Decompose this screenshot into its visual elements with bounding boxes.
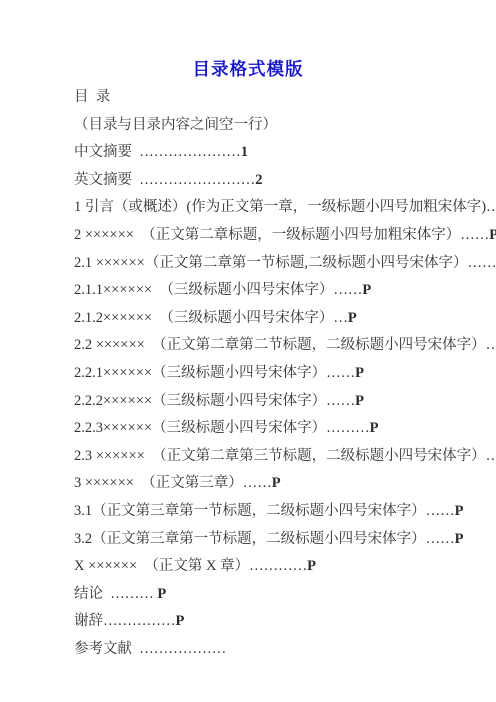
toc-entry-text: 2.2 ×××××× （正文第二章第二节标题，二级标题小四号宋体字）… — [74, 337, 496, 353]
toc-entry: 谢辞……………P — [74, 608, 474, 636]
toc-entry-page: P — [455, 531, 464, 547]
toc-entry: 3 ×××××× （正文第三章）……P — [74, 470, 474, 498]
toc-entry-page: P — [370, 420, 379, 436]
toc-entry-text: 2.3 ×××××× （正文第二章第三节标题，二级标题小四号宋体字）… — [74, 448, 496, 464]
toc-entry-text: 参考文献 ……………… — [74, 641, 226, 657]
toc-entry-text: 2.1 ××××××（正文第二章第一节标题,二级标题小四号宋体字）…… — [74, 255, 496, 271]
toc-entry: 1 引言（或概述）(作为正文第一章，一级标题小四号加粗宋体字)…3 — [74, 194, 474, 222]
toc-entry-text: 2.2.3××××××（三级标题小四号宋体字）……… — [74, 420, 370, 436]
toc-entry: 3.2（正文第三章第一节标题，二级标题小四号宋体字）……P — [74, 526, 474, 554]
toc-entry-page: 1 — [241, 144, 248, 160]
toc-entry: X ×××××× （正文第 X 章）…………P — [74, 553, 474, 581]
toc-entry-text: 谢辞…………… — [74, 613, 176, 629]
toc-entry-text: 2.2.1××××××（三级标题小四号宋体字）…… — [74, 365, 355, 381]
toc-entry: 2 ×××××× （正文第二章标题，一级标题小四号加粗宋体字）……P — [74, 222, 474, 250]
toc-entry-text: 3 ×××××× （正文第三章）…… — [74, 475, 272, 491]
toc-entry-page: P — [272, 475, 281, 491]
toc-content: 目 录 （目录与目录内容之间空一行） 中文摘要 …………………1英文摘要 ………… — [74, 84, 474, 663]
toc-entry-page: P — [307, 558, 316, 574]
toc-entry-page: P — [355, 365, 364, 381]
toc-entry-text: 英文摘要 …………………… — [74, 172, 255, 188]
toc-entry-page: P — [455, 503, 464, 519]
toc-entry-text: 2 ×××××× （正文第二章标题，一级标题小四号加粗宋体字）…… — [74, 227, 489, 243]
toc-heading: 目 录 — [74, 84, 474, 112]
page-title: 目录格式模版 — [0, 57, 496, 81]
toc-entry: 2.1 ××××××（正文第二章第一节标题,二级标题小四号宋体字）……P — [74, 250, 474, 278]
toc-entry-page: P — [176, 613, 185, 629]
toc-entry-text: 2.1.1×××××× （三级标题小四号宋体字）…… — [74, 282, 362, 298]
toc-entry-page: 2 — [255, 172, 262, 188]
toc-entry-text: 2.1.2×××××× （三级标题小四号宋体字）… — [74, 310, 348, 326]
toc-entry-text: 1 引言（或概述）(作为正文第一章，一级标题小四号加粗宋体字)… — [74, 199, 496, 215]
toc-entry-page: P — [348, 310, 357, 326]
toc-entry: 2.2 ×××××× （正文第二章第二节标题，二级标题小四号宋体字）…P — [74, 332, 474, 360]
toc-entry: 2.2.3××××××（三级标题小四号宋体字）………P — [74, 415, 474, 443]
toc-entry-page: P — [362, 282, 371, 298]
toc-entry: 2.2.1××××××（三级标题小四号宋体字）……P — [74, 360, 474, 388]
toc-entry-text: 2.2.2××××××（三级标题小四号宋体字）…… — [74, 393, 355, 409]
toc-entry: 3.1（正文第三章第一节标题，二级标题小四号宋体字）……P — [74, 498, 474, 526]
toc-entry-text: 3.2（正文第三章第一节标题，二级标题小四号宋体字）…… — [74, 531, 455, 547]
toc-list: 中文摘要 …………………1英文摘要 ……………………21 引言（或概述）(作为正… — [74, 139, 474, 663]
toc-note: （目录与目录内容之间空一行） — [74, 112, 474, 140]
toc-entry-text: 中文摘要 ………………… — [74, 144, 241, 160]
toc-entry: 英文摘要 ……………………2 — [74, 167, 474, 195]
toc-entry-text: 3.1（正文第三章第一节标题，二级标题小四号宋体字）…… — [74, 503, 455, 519]
toc-entry-page: P — [489, 227, 496, 243]
toc-entry-page: P — [157, 586, 166, 602]
toc-entry: 2.1.2×××××× （三级标题小四号宋体字）…P — [74, 305, 474, 333]
toc-entry-page: P — [355, 393, 364, 409]
toc-entry: 2.1.1×××××× （三级标题小四号宋体字）……P — [74, 277, 474, 305]
toc-entry: 参考文献 ……………… — [74, 636, 474, 664]
toc-entry-text: X ×××××× （正文第 X 章）………… — [74, 558, 307, 574]
document-page: 目录格式模版 目 录 （目录与目录内容之间空一行） 中文摘要 …………………1英… — [0, 0, 496, 702]
toc-entry: 中文摘要 …………………1 — [74, 139, 474, 167]
toc-entry: 结论 ……… P — [74, 581, 474, 609]
toc-entry: 2.2.2××××××（三级标题小四号宋体字）……P — [74, 388, 474, 416]
toc-entry: 2.3 ×××××× （正文第二章第三节标题，二级标题小四号宋体字）…P — [74, 443, 474, 471]
toc-entry-text: 结论 ……… — [74, 586, 157, 602]
